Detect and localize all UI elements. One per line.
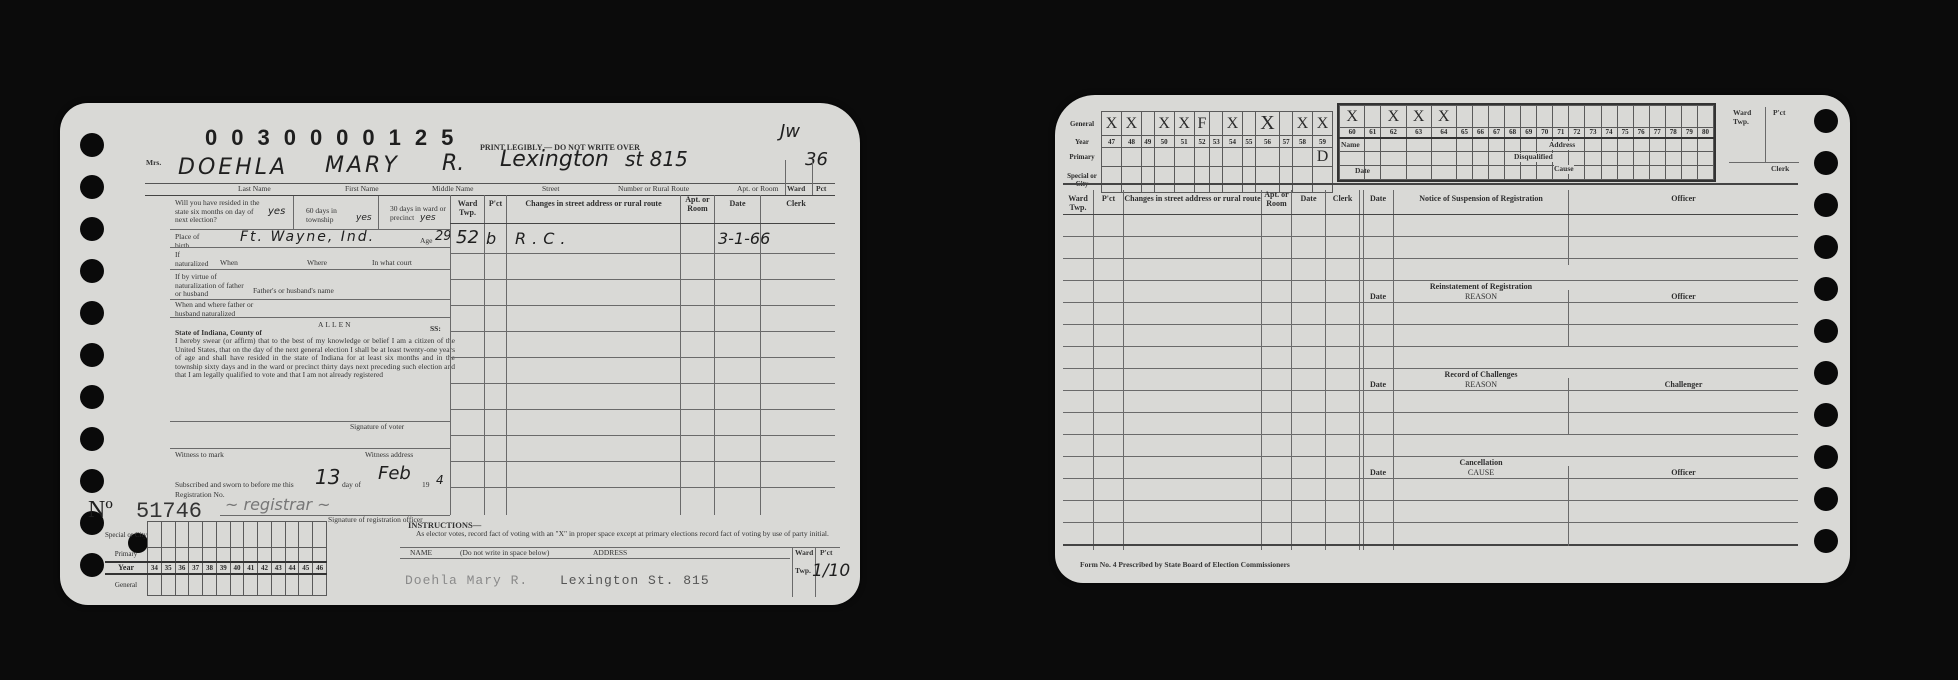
typed-name: Doehla Mary R. [405, 573, 528, 588]
residency-question: Will you have resided in the state six m… [175, 199, 265, 225]
punch-hole [80, 133, 104, 157]
control-number: 0030000125 [205, 125, 467, 151]
punch-hole [80, 301, 104, 325]
voter-signature-label: Signature of voter [350, 423, 404, 432]
punch-hole [1814, 445, 1838, 469]
number-value: st 815 [625, 147, 688, 171]
no-symbol: Nº [88, 497, 113, 524]
challenges-col-reason: REASON [1394, 380, 1568, 389]
col-changes: Changes in street address or rural route [507, 199, 680, 208]
sub-label-cause: Cause [1554, 165, 1574, 174]
address-label: ADDRESS [593, 549, 627, 558]
punch-hole [1814, 235, 1838, 259]
subscribed-text: Subscribed and sworn to before me this [175, 481, 294, 490]
county-value: ALLEN [318, 321, 353, 330]
back-col-clerk: Clerk [1326, 194, 1359, 203]
day-of-label: day of [342, 481, 361, 490]
punch-hole [1814, 109, 1838, 133]
back-col-changes: Changes in street address or rural route [1124, 194, 1261, 203]
voting-grid-back-right: XXXX 60616263646566676869707172737475767… [1337, 103, 1716, 182]
title-prefix: Mrs. [146, 159, 161, 168]
back-ward-label: Ward Twp. [1733, 109, 1763, 126]
middle-name-value: R. [442, 151, 464, 176]
ward-label-bottom: Ward [795, 549, 813, 558]
sub-label-address: Address [1549, 141, 1575, 150]
changes-table: Ward Twp. P'ct Changes in street address… [400, 195, 840, 515]
ward-value-bottom: 1/10 [812, 561, 850, 581]
back-col-pct: P'ct [1094, 194, 1123, 203]
back-clerk-label: Clerk [1771, 165, 1789, 174]
row1-date: 3-1-66 [718, 229, 770, 248]
pct-label: Pct [816, 185, 826, 194]
reinstatement-title: Reinstatement of Registration [1394, 282, 1568, 291]
apt-label: Apt. or Room [737, 185, 778, 194]
back-pct-label: P'ct [1773, 109, 1786, 118]
witness-mark-label: Witness to mark [175, 451, 224, 460]
punch-hole [80, 469, 104, 493]
back-col-date: Date [1292, 194, 1325, 203]
col-clerk: Clerk [761, 199, 831, 208]
street-value: Lexington [500, 147, 609, 172]
cancellation-col-cause: CAUSE [1394, 468, 1568, 477]
punch-hole [1814, 487, 1838, 511]
row1-pct: b [486, 229, 496, 248]
punch-hole [1814, 403, 1838, 427]
sub-label-name: Name [1341, 141, 1360, 150]
corner-note: Jw [780, 121, 800, 142]
cancellation-col-date: Date [1363, 468, 1393, 477]
punch-hole [1814, 193, 1838, 217]
col-pct: P'ct [485, 199, 506, 208]
punch-hole [80, 427, 104, 451]
voting-grid-back-left: General XXXXFXXXX Year 47484950515253545… [1063, 111, 1333, 193]
name-label: NAME [410, 549, 432, 558]
sub-label-date: Date [1355, 167, 1370, 176]
sub-label-disqualified: Disqualified [1514, 153, 1553, 162]
punch-hole [1814, 529, 1838, 553]
ward-label: Ward [787, 185, 805, 194]
first-name-label: First Name [345, 185, 379, 194]
reinstatement-col-officer: Officer [1569, 292, 1798, 301]
pct-label-bottom: P'ct [820, 549, 833, 558]
twp-label-bottom: Twp. [795, 567, 811, 576]
last-name-label: Last Name [238, 185, 271, 194]
back-col-apt: Apt. or Room [1262, 190, 1291, 208]
col-ward-twp: Ward Twp. [451, 199, 484, 217]
registration-card-back: General XXXXFXXXX Year 47484950515253545… [1055, 95, 1850, 583]
suspension-col-date: Date [1363, 194, 1393, 203]
punch-hole [1814, 319, 1838, 343]
punch-hole [80, 385, 104, 409]
punch-hole [80, 217, 104, 241]
suspension-col-officer: Officer [1569, 194, 1798, 203]
suspension-col-notice: Notice of Suspension of Registration [1394, 194, 1568, 203]
reinstatement-col-reason: REASON [1394, 292, 1568, 301]
naturalized-when: When [220, 259, 238, 268]
street-label: Street [542, 185, 560, 194]
row1-change: R.C. [515, 229, 571, 248]
punch-hole [80, 343, 104, 367]
punch-hole [80, 259, 104, 283]
naturalized-where: Where [307, 259, 327, 268]
father-naturalized-label: If by virtue of naturalization of father… [175, 273, 245, 299]
punch-hole [80, 175, 104, 199]
instructions-text: As elector votes, record fact of voting … [416, 530, 831, 539]
middle-name-label: Middle Name [432, 185, 473, 194]
number-label: Number or Rural Route [618, 185, 689, 194]
father-name-label: Father's or husband's name [253, 287, 334, 296]
punch-hole [1814, 151, 1838, 175]
challenges-col-challenger: Challenger [1569, 380, 1798, 389]
back-changes-table: Ward Twp. P'ct Changes in street address… [1063, 190, 1798, 550]
form-footer: Form No. 4 Prescribed by State Board of … [1080, 561, 1290, 570]
birth-value: Ft. Wayne, Ind. [240, 229, 375, 245]
naturalized-label: If naturalized [175, 251, 215, 268]
subscribed-day: 13 [315, 465, 340, 489]
residency-answer-1: yes [268, 206, 285, 217]
col-apt: Apt. or Room [681, 195, 714, 213]
father-when-where: When and where father or husband natural… [175, 301, 265, 318]
reinstatement-col-date: Date [1363, 292, 1393, 301]
first-name-value: MARY [325, 153, 400, 178]
residency-answer-2: yes [356, 213, 372, 223]
punch-hole [1814, 277, 1838, 301]
punch-hole [80, 553, 104, 577]
challenges-title: Record of Challenges [1394, 370, 1568, 379]
typed-address: Lexington St. 815 [560, 573, 710, 588]
col-date: Date [715, 199, 760, 208]
voting-grid-front: Special or City Primary Year 34353637383… [105, 521, 327, 596]
challenges-col-date: Date [1363, 380, 1393, 389]
back-col-ward: Ward Twp. [1063, 194, 1093, 212]
registration-card-front: 0030000125 PRINT LEGIBLY — DO NOT WRITE … [60, 103, 860, 605]
ward-pct-value: 36 [805, 149, 828, 170]
cancellation-col-officer: Officer [1569, 468, 1798, 477]
punch-hole [1814, 361, 1838, 385]
cancellation-title: Cancellation [1394, 458, 1568, 467]
last-name-value: DOEHLA [178, 155, 288, 180]
township-question: 60 days in township [306, 207, 356, 224]
do-not-write-label: (Do not write in space below) [460, 549, 549, 558]
row1-ward: 52 [456, 227, 479, 248]
